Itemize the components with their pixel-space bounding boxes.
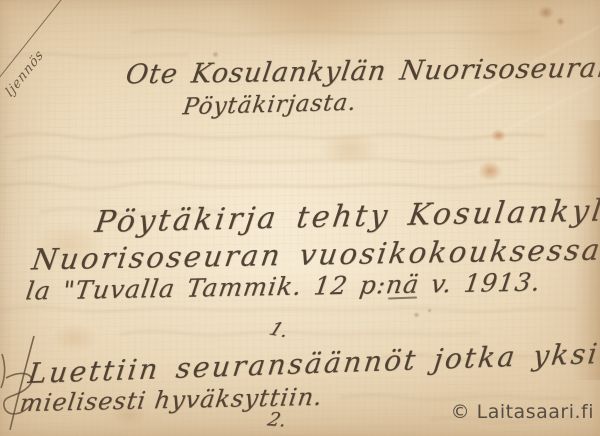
corner-annotation: ljennös: [4, 47, 46, 99]
stain: [320, 132, 380, 166]
paragraph-line-1: Pöytäkirja tehty Kosulankylä: [93, 196, 600, 238]
stain: [427, 308, 432, 313]
scanned-document-page: ljennös Ote Kosulankylän Nuorisoseuran P…: [0, 0, 600, 436]
stain: [413, 312, 420, 318]
date-underline: [388, 296, 417, 299]
body-line-1: Luettiin seuransäännöt jotka yksi: [26, 340, 600, 388]
stain: [52, 324, 98, 352]
section-number-1: 1.: [266, 320, 291, 341]
section-number-2: 2.: [266, 411, 289, 431]
stain: [491, 129, 506, 142]
watermark-text: © Laitasaari.fi: [451, 401, 594, 423]
paragraph-line-3: la "Tuvalla Tammik. 12 p:nä v. 1913.: [24, 269, 542, 303]
heading-line-1: Ote Kosulankylän Nuorisoseuran: [124, 55, 600, 89]
heading-line-2: Pöytäkirjasta.: [182, 92, 359, 120]
stain: [230, 0, 400, 50]
stain: [478, 161, 502, 181]
stain: [212, 51, 219, 58]
